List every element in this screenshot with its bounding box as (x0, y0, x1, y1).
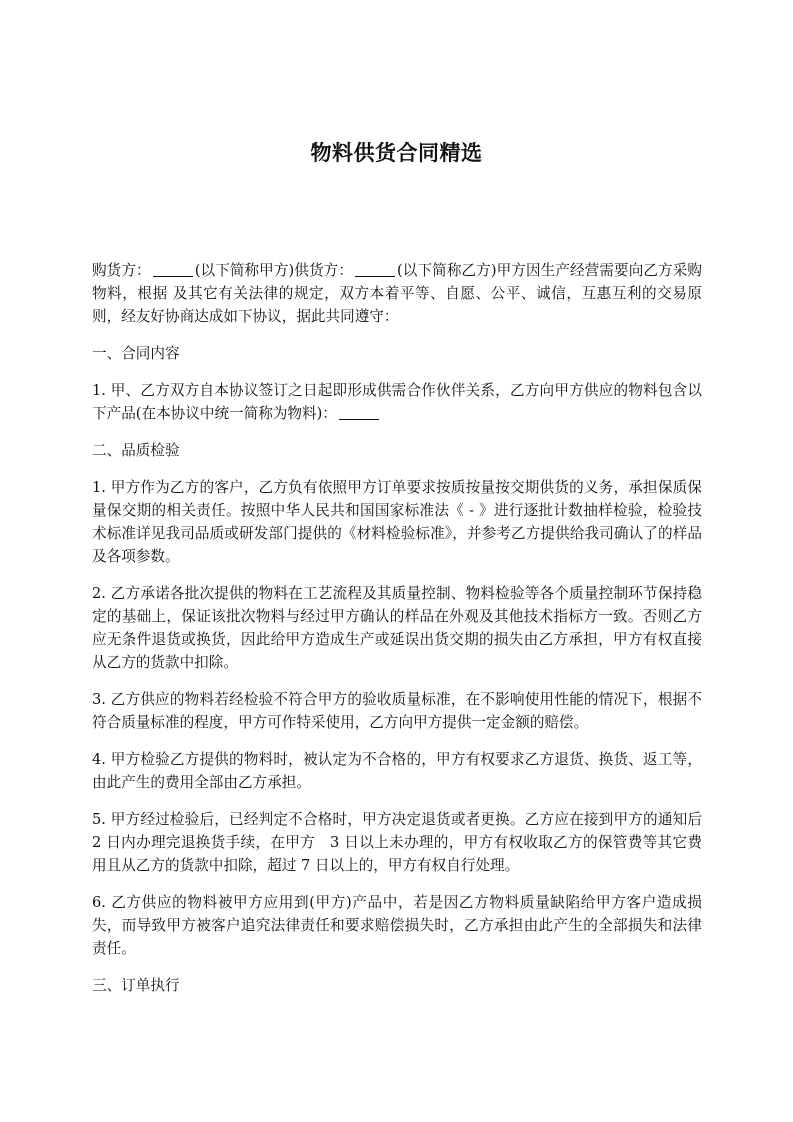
clause: 1. 甲、乙方双方自本协议签订之日起即形成供需合作伙伴关系，乙方向甲方供应的物料… (92, 379, 702, 425)
clause: 2. 乙方承诺各批次提供的物料在工艺流程及其质量控制、物料检验等各个质量控制环节… (92, 582, 702, 674)
clause: 3. 乙方供应的物料若经检验不符合甲方的验收质量标准，在不影响使用性能的情况下，… (92, 688, 702, 734)
clause: 1. 甲方作为乙方的客户，乙方负有依照甲方订单要求按质按量按交期供货的义务，承担… (92, 476, 702, 568)
section-heading: 三、订单执行 (92, 974, 702, 997)
clause: 6. 乙方供应的物料被甲方应用到(甲方)产品中，若是因乙方物料质量缺陷给甲方客户… (92, 891, 702, 960)
product-blank (339, 405, 379, 420)
clause: 5. 甲方经过检验后，已经判定不合格时，甲方决定退货或者更换。乙方应在接到甲方的… (92, 808, 702, 877)
supplier-blank (355, 262, 395, 277)
intro-paragraph: 购货方：(以下简称甲方)供货方：(以下简称乙方)甲方因生产经营需要向乙方采购物料… (92, 259, 702, 328)
document-title: 物料供货合同精选 (0, 137, 793, 167)
supplier-label: (以下简称甲方)供货方： (195, 262, 353, 279)
section-heading: 一、合同内容 (92, 342, 702, 365)
buyer-label: 购货方： (92, 262, 151, 279)
document-page: 物料供货合同精选 购货方：(以下简称甲方)供货方：(以下简称乙方)甲方因生产经营… (0, 0, 793, 1122)
buyer-blank (153, 262, 193, 277)
document-body: 购货方：(以下简称甲方)供货方：(以下简称乙方)甲方因生产经营需要向乙方采购物料… (92, 259, 702, 1011)
clause: 4. 甲方检验乙方提供的物料时，被认定为不合格的，甲方有权要求乙方退货、换货、返… (92, 748, 702, 794)
section-heading: 二、品质检验 (92, 439, 702, 462)
clause-text: 1. 甲、乙方双方自本协议签订之日起即形成供需合作伙伴关系，乙方向甲方供应的物料… (92, 382, 702, 422)
